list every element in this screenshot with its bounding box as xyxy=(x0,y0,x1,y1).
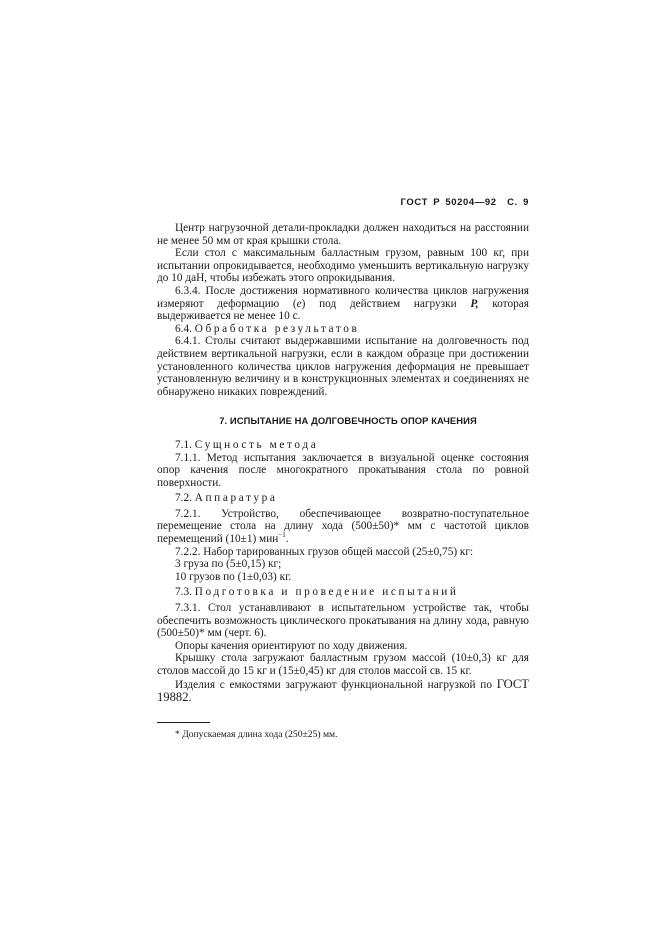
paragraph-6-4-1: 6.4.1. Столы считают выдержавшими испыта… xyxy=(157,335,529,398)
paragraph-7-3-1: 7.3.1. Стол устанавливают в испытательно… xyxy=(157,602,529,640)
subsection-title-7-1: 7.1. Сущность метода xyxy=(157,439,529,452)
standard-number: ГОСТ Р 50204—92 xyxy=(401,197,497,208)
paragraph: Если стол с максимальным балластным груз… xyxy=(157,247,529,285)
paragraph: Опоры качения ориентируют по ходу движен… xyxy=(157,640,529,653)
list-item: 10 грузов по (1±0,03) кг. xyxy=(157,571,529,584)
paragraph: Изделия с емкостями загружают функционал… xyxy=(157,678,529,705)
list-item: 3 груза по (5±0,15) кг; xyxy=(157,558,529,571)
paragraph-7-2-2: 7.2.2. Набор тарированных грузов общей м… xyxy=(157,546,529,559)
document-body: Центр нагрузочной детали-прокладки долже… xyxy=(157,222,529,705)
paragraph: Крышку стола загружают балластным грузом… xyxy=(157,652,529,677)
subsection-title-7-2: 7.2. Аппаратура xyxy=(157,492,529,505)
paragraph-7-1-1: 7.1.1. Метод испытания заключается в виз… xyxy=(157,452,529,490)
section-heading-7: 7. ИСПЫТАНИЕ НА ДОЛГОВЕЧНОСТЬ ОПОР КАЧЕН… xyxy=(157,415,529,428)
variable-p: P, xyxy=(470,298,478,310)
subsection-title-7-3: 7.3. Подготовка и проведение испытаний xyxy=(157,586,529,599)
footnote: * Допускаемая длина хода (250±25) мм. xyxy=(175,729,338,741)
paragraph: Центр нагрузочной детали-прокладки долже… xyxy=(157,222,529,247)
page-number: С. 9 xyxy=(507,197,529,208)
subsection-title-6-4: 6.4. Обработка результатов xyxy=(157,323,529,336)
footnote-divider xyxy=(157,722,210,723)
page-header: ГОСТ Р 50204—92 С. 9 xyxy=(157,197,529,208)
paragraph-6-3-4: 6.3.4. После достижения нормативного кол… xyxy=(157,285,529,323)
paragraph-7-2-1: 7.2.1. Устройство, обеспечивающее возвра… xyxy=(157,508,529,546)
